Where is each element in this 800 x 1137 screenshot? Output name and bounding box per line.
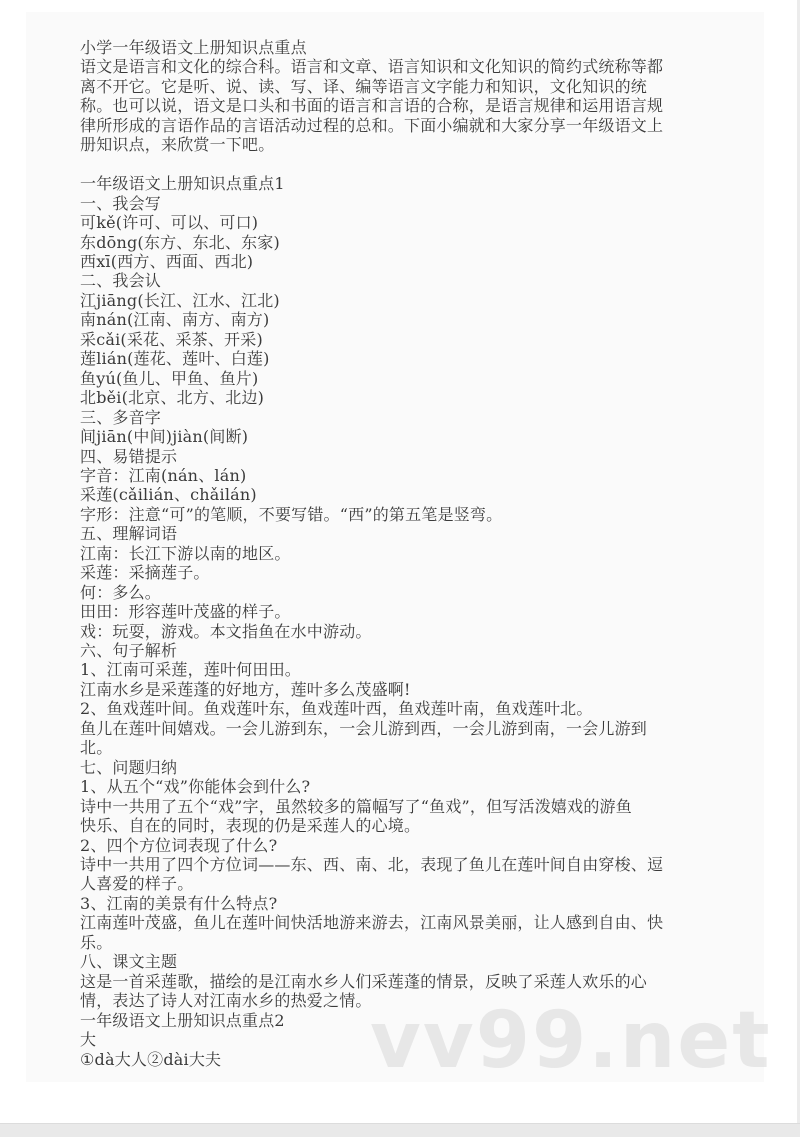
text-line: 1、从五个“戏”你能体会到什么? xyxy=(80,777,730,796)
text-line: 南nán(江南、南方、南方) xyxy=(80,310,730,329)
document-title: 小学一年级语文上册知识点重点 xyxy=(80,38,730,57)
subsection-heading: 四、易错提示 xyxy=(80,447,730,466)
text-line: 何：多么。 xyxy=(80,583,730,602)
text-line: 西xī(西方、西面、西北) xyxy=(80,252,730,271)
subsection-heading: 五、理解词语 xyxy=(80,524,730,543)
text-line: 3、江南的美景有什么特点? xyxy=(80,894,730,913)
subsection-heading: 二、我会认 xyxy=(80,271,730,290)
section-heading: 一年级语文上册知识点重点2 xyxy=(80,1011,730,1030)
intro-line: 律所形成的言语作品的言语活动过程的总和。下面小编就和大家分享一年级语文上 xyxy=(80,116,730,135)
text-line: 北。 xyxy=(80,738,730,757)
subsection-heading: 八、课文主题 xyxy=(80,952,730,971)
text-line: 戏：玩耍，游戏。本文指鱼在水中游动。 xyxy=(80,622,730,641)
text-line: 采莲：采摘莲子。 xyxy=(80,563,730,582)
knowledge-points: 一年级语文上册知识点重点1 一、我会写 可kě(许可、可以、可口) 东dōng(… xyxy=(80,155,730,1069)
text-line: 字形：注意“可”的笔顺，不要写错。“西”的第五笔是竖弯。 xyxy=(80,505,730,524)
subsection-heading: 六、句子解析 xyxy=(80,641,730,660)
text-line: 这是一首采莲歌，描绘的是江南水乡人们采莲蓬的情景，反映了采莲人欢乐的心 xyxy=(80,972,730,991)
text-line: 采莲(cǎilián、chǎilán) xyxy=(80,485,730,504)
text-line: 诗中一共用了四个方位词——东、西、南、北，表现了鱼儿在莲叶间自由穿梭、逗 xyxy=(80,855,730,874)
subsection-heading: 一、我会写 xyxy=(80,194,730,213)
text-line: 快乐、自在的同时，表现的仍是采莲人的心境。 xyxy=(80,816,730,835)
text-line: 江南：长江下游以南的地区。 xyxy=(80,544,730,563)
text-line: 江南水乡是采莲蓬的好地方，莲叶多么茂盛啊! xyxy=(80,680,730,699)
text-line: 2、鱼戏莲叶间。鱼戏莲叶东，鱼戏莲叶西，鱼戏莲叶南，鱼戏莲叶北。 xyxy=(80,699,730,718)
text-line: 田田：形容莲叶茂盛的样子。 xyxy=(80,602,730,621)
text-line: 北běi(北京、北方、北边) xyxy=(80,388,730,407)
intro-line: 语文是语言和文化的综合科。语言和文章、语言知识和文化知识的简约式统称等都 xyxy=(80,57,730,76)
text-line: 东dōng(东方、东北、东家) xyxy=(80,233,730,252)
text-line: 采cǎi(采花、采茶、开采) xyxy=(80,330,730,349)
subsection-heading: 七、问题归纳 xyxy=(80,758,730,777)
text-line: 江jiāng(长江、江水、江北) xyxy=(80,291,730,310)
bottom-bar xyxy=(0,1123,800,1137)
intro-line: 册知识点，来欣赏一下吧。 xyxy=(80,135,730,154)
text-line: 字音：江南(nán、lán) xyxy=(80,466,730,485)
section-heading: 一年级语文上册知识点重点1 xyxy=(80,174,730,193)
blank-line xyxy=(80,155,730,174)
document-body: 小学一年级语文上册知识点重点 语文是语言和文化的综合科。语言和文章、语言知识和文… xyxy=(80,38,730,1069)
text-line: 江南莲叶茂盛，鱼儿在莲叶间快活地游来游去，江南风景美丽，让人感到自由、快 xyxy=(80,913,730,932)
intro-line: 离不开它。它是听、说、读、写、译、编等语言文字能力和知识，文化知识的统 xyxy=(80,77,730,96)
text-line: 2、四个方位词表现了什么? xyxy=(80,836,730,855)
text-line: 大 xyxy=(80,1030,730,1049)
text-line: 鱼yú(鱼儿、甲鱼、鱼片) xyxy=(80,369,730,388)
text-line: 情，表达了诗人对江南水乡的热爱之情。 xyxy=(80,991,730,1010)
text-line: 乐。 xyxy=(80,933,730,952)
intro-line: 称。也可以说，语文是口头和书面的语言和言语的合称，是语言规律和运用语言规 xyxy=(80,96,730,115)
text-line: 间jiān(中间)jiàn(间断) xyxy=(80,427,730,446)
text-line: 人喜爱的样子。 xyxy=(80,874,730,893)
text-line: 鱼儿在莲叶间嬉戏。一会儿游到东，一会儿游到西，一会儿游到南，一会儿游到 xyxy=(80,719,730,738)
text-line: 可kě(许可、可以、可口) xyxy=(80,213,730,232)
subsection-heading: 三、多音字 xyxy=(80,408,730,427)
text-line: 1、江南可采莲，莲叶何田田。 xyxy=(80,660,730,679)
text-line: ①dà大人②dài大夫 xyxy=(80,1050,730,1069)
text-line: 诗中一共用了五个“戏”字，虽然较多的篇幅写了“鱼戏”，但写活泼嬉戏的游鱼 xyxy=(80,797,730,816)
intro-paragraph: 语文是语言和文化的综合科。语言和文章、语言知识和文化知识的简约式统称等都 离不开… xyxy=(80,57,730,154)
text-line: 莲lián(莲花、莲叶、白莲) xyxy=(80,349,730,368)
